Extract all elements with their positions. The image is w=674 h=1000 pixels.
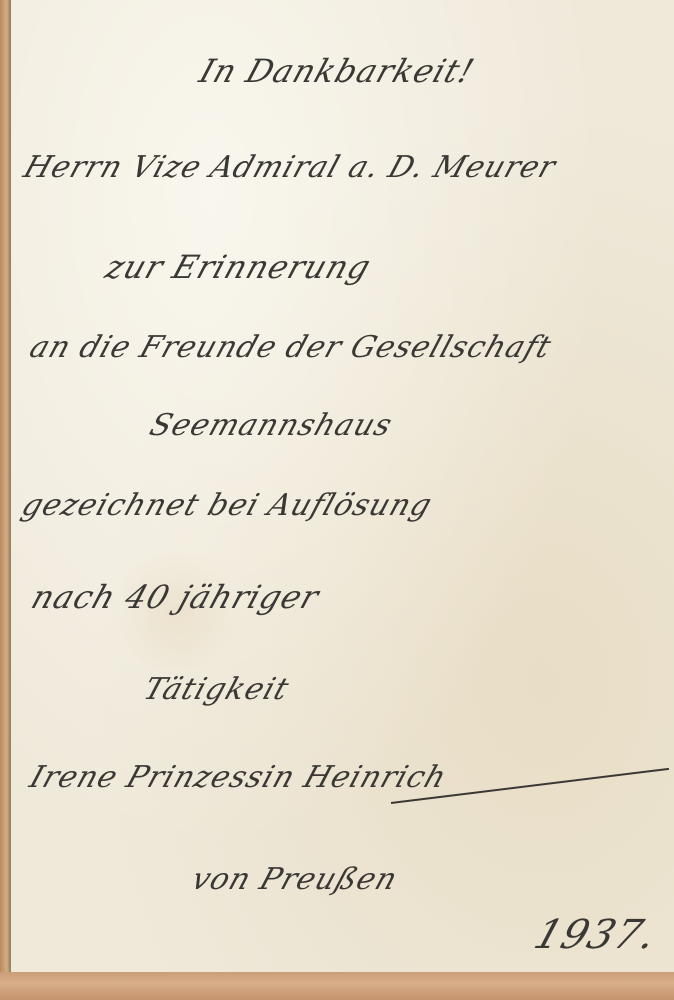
dedication-heading: In Dankbarkeit! [195,52,480,90]
signature-line: Irene Prinzessin Heinrich [25,760,451,795]
text-line: nach 40 jähriger [27,578,324,616]
handwritten-letter-page: In Dankbarkeit! Herrn Vize Admiral a. D.… [11,0,674,972]
text-line: gezeichnet bei Auflösung [17,488,436,523]
text-line: Tätigkeit [139,672,293,707]
frame-bottom-edge [0,972,674,1000]
text-line: an die Freunde der Gesellschaft [25,330,556,365]
signature-line: von Preußen [187,862,402,897]
text-line: Seemannshaus [145,408,397,443]
recipient-line: Herrn Vize Admiral a. D. Meurer [19,150,560,185]
date-year: 1937. [529,912,663,958]
text-line: zur Erinnerung [101,248,376,286]
frame-left-edge [0,0,11,1000]
